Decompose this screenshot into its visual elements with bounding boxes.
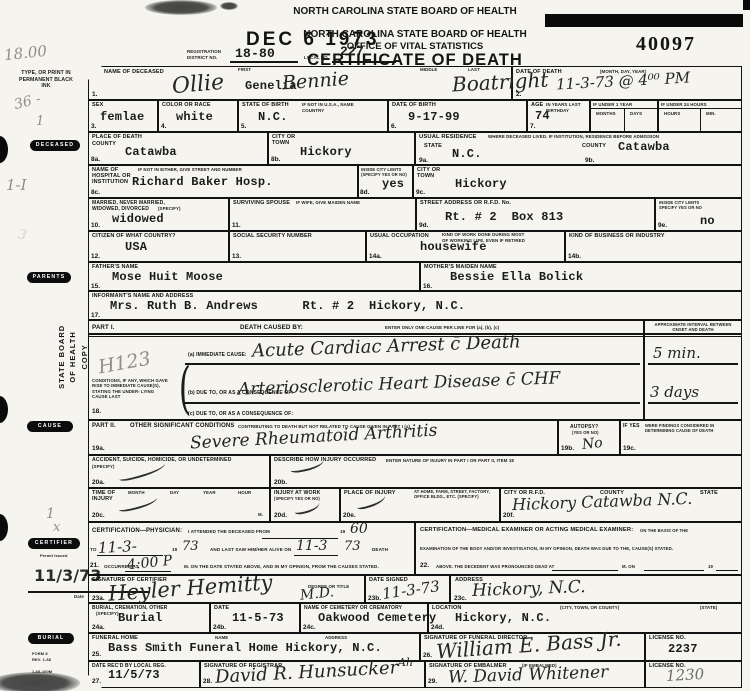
hospital-value: Richard Baker Hosp.	[132, 175, 273, 189]
field-22-number: 22.	[420, 562, 429, 569]
field-23c-number: 23c.	[454, 595, 467, 602]
cemetery-value: Oakwood Cemetery	[318, 611, 436, 625]
year-19-prefix: 19	[172, 547, 177, 553]
field-28-number: 28.	[203, 678, 212, 685]
time-of-injury-label: INJURY	[92, 496, 113, 503]
date-of-birth-value: 9-17-99	[408, 110, 460, 124]
date-received-value: 11/5/73	[108, 668, 160, 682]
occupation-label: USUAL OCCUPATION	[370, 233, 429, 240]
year-19-prefix: 19	[340, 529, 345, 535]
field-25-number: 25.	[92, 651, 101, 658]
agency-name: NORTH CAROLINA STATE BOARD OF HEALTH	[300, 29, 530, 40]
residence-state-label: STATE	[424, 143, 442, 150]
place-of-death-label: PLACE OF DEATH	[92, 134, 142, 141]
autopsy-handwritten: No	[581, 435, 603, 453]
director-license-value: 2237	[668, 642, 698, 656]
min-label: MIN.	[706, 111, 716, 117]
place-of-injury-sublabel: AT HOME, FARM, STREET, FACTORY, OFFICE B…	[414, 489, 498, 499]
citizen-value: USA	[125, 240, 147, 254]
findings-sublabel: WERE FINDINGS CONSIDERED IN DETERMINING …	[645, 423, 737, 433]
field-8b-number: 8b.	[271, 156, 280, 163]
month-label: MONTH	[128, 490, 145, 496]
field-8a-number: 8a.	[91, 156, 100, 163]
burial-type-sublabel: (SPECIFY)	[96, 611, 119, 617]
pencil-note: 1	[36, 114, 44, 129]
field-29-number: 29.	[428, 678, 437, 685]
sex-label: SEX	[92, 102, 103, 109]
race-label: COLOR OR RACE	[162, 102, 211, 109]
field-2-number: 2.	[516, 91, 521, 98]
field-20a-number: 20a.	[92, 479, 105, 486]
field-27-number: 27.	[92, 678, 101, 685]
residence-county-label: COUNTY	[582, 143, 606, 150]
middle-name-handwritten: Bennie	[281, 68, 349, 95]
burial-date-value: 11-5-73	[232, 611, 284, 625]
city-of-death-value: Hickory	[300, 145, 352, 159]
surviving-spouse-sublabel: IF WIFE, GIVE MAIDEN NAME	[296, 200, 360, 206]
burial-type-value: Burial	[118, 611, 162, 625]
pronounced-dead-label: ABOVE. THE DECEDENT WAS PRONOUNCED DEAD …	[436, 564, 554, 569]
race-value: white	[176, 110, 213, 124]
to-label: TO	[90, 547, 97, 553]
father-name-value: Mose Huit Moose	[112, 270, 223, 284]
last-saw-alive-label: AND LAST SAW HIM/HER ALIVE ON	[210, 547, 291, 553]
autopsy-sublabel: (YES OR NO)	[572, 430, 599, 435]
burial-date-label: DATE	[214, 605, 229, 612]
pencil-note: x	[53, 520, 60, 535]
field-8d-number: 8d.	[360, 189, 369, 196]
hospital-label: INSTITUTION	[92, 179, 128, 186]
date-of-birth-label: DATE OF BIRTH	[392, 102, 436, 109]
certificate-number: 40097	[636, 33, 696, 56]
residence-icl-value: no	[700, 214, 715, 228]
first-column-label: FIRST	[238, 67, 251, 73]
date-label: Date	[74, 594, 84, 600]
state-of-birth-label: STATE OF BIRTH	[242, 102, 289, 109]
certification-examiner-label: CERTIFICATION—MEDICAL EXAMINER OR ACTING…	[420, 527, 633, 534]
mother-name-value: Bessie Ella Bolick	[450, 270, 583, 284]
field-24c-number: 24c.	[303, 624, 316, 631]
field-5-number: 5.	[241, 123, 246, 130]
attended-from-year-handwritten: 60	[350, 521, 368, 537]
death-word-label: DEATH	[372, 547, 388, 553]
death-certificate-scan: NORTH CAROLINA STATE BOARD OF HEALTH DEC…	[0, 0, 750, 691]
registration-district-value: 18-80	[235, 46, 275, 61]
field-23b-number: 23b.	[368, 595, 381, 602]
middle-column-label: MIDDLE	[420, 67, 437, 73]
form-print-run: 1-68-100M	[32, 669, 52, 674]
age-sublabel: IN YEARS LAST BIRTHDAY	[546, 102, 588, 113]
age-label: AGE	[531, 102, 543, 109]
under-1-year-label: IF UNDER 1 YEAR	[593, 102, 632, 108]
interval-header: APPROXIMATE INTERVAL BETWEEN ONSET AND D…	[650, 322, 736, 333]
under-24-hours-label: IF UNDER 24 HOURS	[661, 102, 707, 108]
pencil-note: 3	[16, 227, 28, 244]
pronounced-year-prefix: 19	[708, 564, 713, 569]
location-sublabel-state: (STATE)	[700, 605, 717, 611]
injury-state-label: STATE	[700, 490, 718, 497]
surviving-spouse-label: SURVIVING SPOUSE	[233, 200, 290, 207]
field-20d-number: 20d.	[274, 512, 287, 519]
conditions-note: CONDITIONS, IF ANY, WHICH GAVE RISE TO I…	[92, 378, 168, 399]
accident-sublabel: (SPECIFY)	[92, 464, 115, 470]
city-or-town-label: TOWN	[272, 140, 289, 147]
county-of-death-value: Catawba	[125, 145, 177, 159]
field-1-number: 1.	[92, 91, 97, 98]
inside-city-limits-value: yes	[382, 177, 404, 191]
interval-column-divider	[643, 320, 645, 420]
state-of-birth-value: N.C.	[258, 110, 288, 124]
residence-icl-sublabel: SPECIFY YES OR NO	[659, 205, 702, 210]
field-13-number: 13.	[232, 253, 241, 260]
tab-certifier: CERTIFIER	[28, 538, 80, 549]
due-to-c-label: (c) DUE TO, OR AS A CONSEQUENCE OF:	[188, 411, 293, 417]
residence-county-value: Catawba	[618, 140, 670, 154]
form-revision: REV. 1-68	[32, 657, 51, 662]
marital-status-value: widowed	[112, 212, 164, 226]
field-19b-number: 19b.	[561, 445, 574, 452]
district-no-label: DISTRICT NO.	[187, 55, 217, 61]
binder-hole-mark	[0, 514, 8, 541]
field-9e-number: 9e.	[658, 222, 667, 229]
name-of-deceased-label: NAME OF DECEASED	[104, 69, 164, 76]
residence-state-value: N.C.	[452, 147, 482, 161]
pencil-note: 1-I	[6, 176, 27, 194]
field-19a-number: 19a.	[92, 445, 105, 452]
funeral-home-address-collabel: ADDRESS	[325, 635, 347, 641]
residence-city-label: TOWN	[417, 173, 434, 180]
year-label: YEAR	[203, 490, 216, 496]
field-14a-number: 14a.	[369, 253, 382, 260]
months-label: MONTHS	[596, 111, 616, 117]
field-6-number: 6.	[391, 123, 396, 130]
field-20e-number: 20e.	[343, 512, 356, 519]
field-24d-number: 24d.	[431, 624, 444, 631]
occupation-value: housewife	[420, 240, 487, 254]
field-16-number: 16.	[423, 283, 432, 290]
death-caused-by-label: DEATH CAUSED BY:	[240, 324, 303, 331]
other-conditions-label: OTHER SIGNIFICANT CONDITIONS	[130, 423, 235, 430]
tab-burial: BURIAL	[28, 633, 74, 644]
scan-smudge	[220, 2, 238, 10]
field-24b-number: 24b.	[213, 624, 226, 631]
attended-from-label: I ATTENDED THE DECEASED FROM	[188, 529, 270, 535]
field-21-number: 21.	[90, 562, 99, 569]
hour-label: HOUR	[238, 490, 251, 496]
age-value: 74	[535, 109, 550, 123]
field-8c-number: 8c.	[91, 189, 100, 196]
sex-value: femlae	[100, 110, 144, 124]
examiner-statement: EXAMINATION OF THE BODY AND/OR INVESTIGA…	[420, 546, 673, 551]
part1-label: PART I.	[92, 324, 115, 331]
field-7-number: 7.	[530, 123, 535, 130]
industry-label: KIND OF BUSINESS OR INDUSTRY	[569, 233, 665, 240]
one-cause-per-line-note: ENTER ONLY ONE CAUSE PER LINE FOR (a), (…	[385, 325, 499, 331]
last-saw-year-handwritten: 73	[344, 539, 361, 554]
field-19c-number: 19c.	[623, 445, 636, 452]
residence-city-value: Hickory	[455, 177, 507, 191]
embalmer-license-handwritten: 1230	[666, 665, 705, 685]
ssn-label: SOCIAL SECURITY NUMBER	[233, 233, 312, 240]
interval-a-handwritten: 5 min.	[653, 344, 701, 362]
field-11-number: 11.	[232, 222, 241, 229]
informant-value: Mrs. Ruth B. Andrews Rt. # 2 Hickory, N.…	[110, 299, 465, 313]
binder-hole-mark	[0, 136, 8, 163]
registrar-signature-flourish: Ah	[398, 656, 413, 669]
field-26-number: 26.	[423, 652, 432, 659]
occurred-statement: M. ON THE DATE STATED ABOVE, AND IN MY O…	[184, 564, 379, 570]
tab-cause: CAUSE	[27, 421, 73, 432]
binder-hole-mark	[0, 396, 8, 423]
first-name-handwritten: Ollie	[171, 70, 225, 99]
citizen-label: CITIZEN OF WHAT COUNTRY?	[92, 233, 176, 240]
local-no-value: 227	[340, 44, 364, 59]
street-address-label: STREET ADDRESS OR R.F.D. No.	[420, 200, 511, 207]
usual-residence-sublabel: WHERE DECEASED LIVED. IF INSTITUTION, RE…	[488, 134, 659, 140]
days-label: DAYS	[630, 111, 642, 117]
director-license-label: LICENSE NO.	[649, 635, 686, 642]
field-20b-number: 20b.	[274, 479, 287, 486]
hours-label: HOURS	[664, 111, 680, 117]
copy-designation: STATE BOARD OF HEALTH COPY	[56, 292, 90, 422]
attended-to-year-handwritten: 73	[182, 539, 199, 554]
usual-residence-label: USUAL RESIDENCE	[419, 134, 477, 141]
meridiem-label: M.	[258, 512, 263, 518]
tab-deceased: DECEASED	[30, 140, 80, 151]
location-sublabel-city: (CITY, TOWN, OR COUNTY)	[560, 605, 619, 611]
field-9a-number: 9a.	[419, 157, 428, 164]
scan-smudge	[0, 672, 80, 691]
cemetery-location-value: Hickory, N.C.	[455, 611, 551, 625]
pencil-note: 36 -	[12, 91, 42, 113]
tab-parents: PARENTS	[27, 272, 71, 283]
funeral-home-value: Bass Smith Funeral Home Hickory, N.C.	[108, 641, 382, 655]
pencil-note: 18.00	[3, 42, 48, 64]
scan-corner-mark	[743, 0, 750, 10]
county-label: COUNTY	[92, 141, 116, 148]
street-address-value: Rt. # 2 Box 813	[445, 210, 563, 224]
if-yes-label: IF YES	[623, 423, 640, 429]
redaction-bar	[545, 14, 743, 27]
local-no-label: LOCAL NO.	[304, 55, 329, 61]
field-18-number: 18.	[92, 408, 101, 415]
field-17-number: 17.	[91, 312, 100, 319]
attended-to-date-handwritten: 11-3-	[98, 537, 138, 557]
how-injury-sublabel: ENTER NATURE OF INJURY IN PART I OR PART…	[386, 458, 514, 464]
hospital-sublabel: IF NOT IN EITHER, GIVE STREET AND NUMBER	[138, 167, 242, 173]
certifier-address-handwritten: Hickory, N.C.	[472, 577, 586, 601]
interval-b-handwritten: 3 days	[650, 383, 699, 401]
scan-smudge	[145, 0, 217, 15]
marital-status-sublabel: (SPECIFY)	[158, 206, 181, 212]
field-4-number: 4.	[161, 123, 166, 130]
field-15-number: 15.	[91, 283, 100, 290]
immediate-cause-label: (a) IMMEDIATE CAUSE:	[188, 352, 247, 358]
day-label: DAY	[170, 490, 179, 496]
last-saw-date-handwritten: 11-3	[296, 538, 327, 554]
field-20c-number: 20c.	[92, 512, 105, 519]
top-banner: NORTH CAROLINA STATE BOARD OF HEALTH	[240, 6, 570, 17]
examiner-basis-label: ON THE BASIS OF THE	[640, 528, 688, 533]
certification-physician-label: CERTIFICATION—PHYSICIAN:	[92, 528, 182, 535]
field-24a-number: 24a.	[92, 624, 105, 631]
field-9c-number: 9c.	[416, 189, 425, 196]
registration-label: REGISTRATION	[187, 49, 221, 55]
form-number: FORM 8	[32, 651, 48, 656]
field-10-number: 10.	[91, 222, 100, 229]
permit-issued-label: Permit Issued	[40, 553, 68, 558]
funeral-home-name-collabel: NAME	[215, 635, 228, 641]
field-12-number: 12.	[91, 253, 100, 260]
field-23a-number: 23a.	[92, 595, 105, 602]
part2-label: PART II.	[92, 423, 116, 430]
pronounced-m-on-label: M. ON	[622, 564, 635, 569]
state-of-birth-sublabel: IF NOT IN U.S.A., NAME COUNTRY	[302, 102, 372, 113]
field-3-number: 3.	[91, 123, 96, 130]
field-14b-number: 14b.	[568, 253, 581, 260]
field-9d-number: 9d.	[419, 222, 428, 229]
field-9b-number: 9b.	[585, 157, 594, 164]
ink-instruction: TYPE, OR PRINT IN PERMANENT BLACK INK	[14, 70, 78, 90]
